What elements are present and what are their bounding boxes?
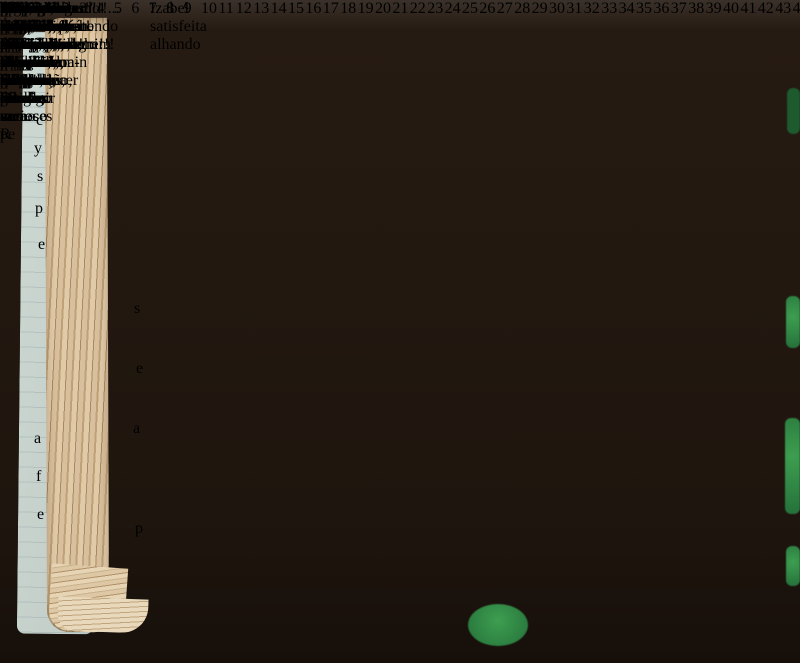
ruler-number: 42 [758,0,774,18]
ruler-number: 34 [619,0,635,18]
ruler-number: 33 [601,0,617,18]
ruler-number: 38 [688,0,704,18]
ruler-number: 13 [253,0,269,18]
ruler-number: 18 [340,0,356,18]
ruler-number: 15 [288,0,304,18]
ruler-number: 37 [671,0,687,18]
cradle-green-knob [468,604,528,646]
ruler-number: 27 [497,0,513,18]
ruler-number: 3 [79,0,87,18]
ruler-number: 6 [131,0,139,18]
edge-letter-fragment: y [34,140,42,158]
ruler-number: 41 [740,0,756,18]
ruler-number: 35 [636,0,652,18]
ruler-number: 43 [775,0,791,18]
edge-letter-fragment: a [34,430,41,448]
cradle-green-edge [785,418,800,514]
ruler-number: 36 [653,0,669,18]
ruler-number: 40 [723,0,739,18]
edge-letter-fragment: p [135,520,143,538]
ruler-number: 30 [549,0,565,18]
ruler-number: 16 [305,0,321,18]
edge-letter-fragment: e [136,360,143,378]
ruler-number: 9 [184,0,192,18]
ruler-number: 44 [793,0,800,18]
ruler-number: 21 [392,0,408,18]
ruler-number: 31 [566,0,582,18]
ruler-number: 32 [584,0,600,18]
ruler-number: 20 [375,0,391,18]
paper-blotch [500,540,650,600]
ruler-number: 5 [114,0,122,18]
ruler-number: 2 [62,0,70,18]
edge-letter-fragment: c [36,112,43,130]
edge-letter-fragment: e [38,236,45,254]
ruler-number: 25 [462,0,478,18]
edge-letter-fragment: a [133,420,140,438]
paper-blotch [600,240,710,304]
ruler-number: 23 [427,0,443,18]
cradle-green-edge [786,546,800,586]
ruler-number: 4 [97,0,105,18]
cradle-green-edge [786,296,800,348]
ruler-number: 14 [271,0,287,18]
ruler-number: 24 [445,0,461,18]
ruler-number: 26 [479,0,495,18]
manuscript-photo: sua misericórdia para cumprir a promesqu… [0,0,800,663]
ruler-number: 10 [201,0,217,18]
paper-blotch [280,80,380,124]
edge-letter-fragment: e [37,506,44,524]
ruler-number: 22 [410,0,426,18]
paper-blotch [180,250,310,330]
edge-letter-fragment: s [37,168,43,186]
page-stack-edges [45,18,109,632]
ruler-unit-label: cm [0,0,20,18]
ruler-number: 7 [149,0,157,18]
ruler-number: 19 [358,0,374,18]
ruler-number: 39 [706,0,722,18]
ruler-number: 1 [44,0,52,18]
ruler-number: 28 [514,0,530,18]
ruler-number: 17 [323,0,339,18]
edge-letter-fragment: s [134,300,140,318]
ruler-number: 12 [236,0,252,18]
cradle-green-edge [787,88,800,134]
ruler-number: 29 [532,0,548,18]
bottom-leaf-edges-left [94,597,440,633]
edge-letter-fragment: p [35,200,43,218]
ruler-number: 8 [166,0,174,18]
edge-letter-fragment: f [36,468,41,486]
ruler-number: 11 [218,0,233,18]
